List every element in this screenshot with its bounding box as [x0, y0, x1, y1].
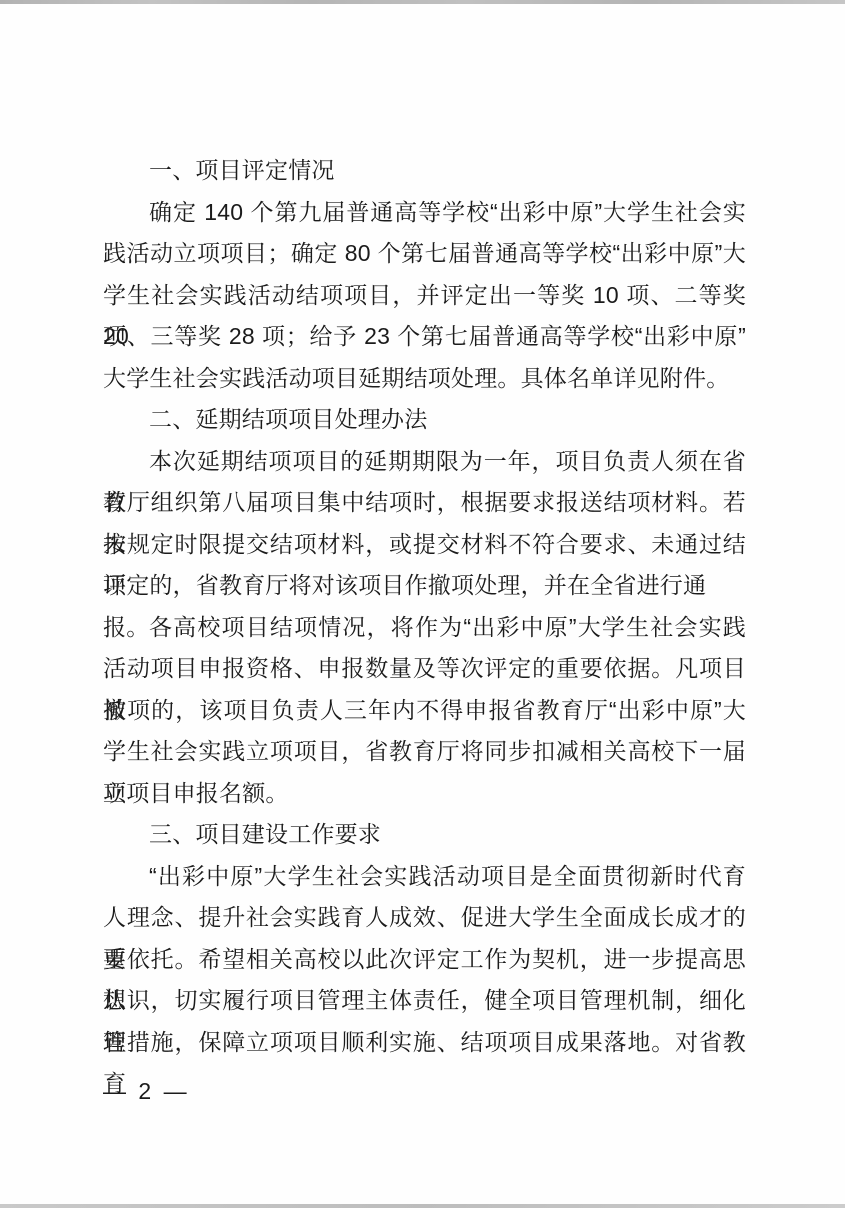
section-heading: 三、项目建设工作要求 [103, 814, 746, 856]
text-line: 理措施，保障立项项目顺利实施、结项项目成果落地。对省教育 [103, 1022, 746, 1064]
page-footer: — 2 — [103, 1076, 190, 1106]
text-line: 各高校项目结项情况，将作为“出彩中原”大学生社会实践 [103, 607, 746, 649]
text-line: 育厅组织第八届项目集中结项时，根据要求报送结项材料。若未 [103, 482, 746, 524]
text-line: 本次延期结项项目的延期期限为一年，项目负责人须在省教 [103, 441, 746, 483]
page-number: — 2 — [103, 1078, 190, 1104]
text-line: 认识，切实履行项目管理主体责任，健全项目管理机制，细化管 [103, 980, 746, 1022]
text-line: 撤项的，该项目负责人三年内不得申报省教育厅“出彩中原”大 [103, 690, 746, 732]
scanned-document-page: 一、项目评定情况确定 140 个第九届普通高等学校“出彩中原”大学生社会实践活动… [0, 0, 845, 1208]
text-line: 学生社会实践立项项目，省教育厅将同步扣减相关高校下一届立 [103, 731, 746, 773]
text-line: 要依托。希望相关高校以此次评定工作为契机，进一步提高思想 [103, 939, 746, 981]
text-line: 大学生社会实践活动项目延期结项处理。具体名单详见附件。 [103, 358, 746, 400]
text-line: 践活动立项项目；确定 80 个第七届普通高等学校“出彩中原”大 [103, 233, 746, 275]
section-heading: 二、延期结项项目处理办法 [103, 399, 746, 441]
text-line: 评定的，省教育厅将对该项目作撤项处理，并在全省进行通报。 [103, 565, 746, 607]
text-line: 人理念、提升社会实践育人成效、促进大学生全面成长成才的重 [103, 897, 746, 939]
document-body: 一、项目评定情况确定 140 个第九届普通高等学校“出彩中原”大学生社会实践活动… [103, 150, 746, 1063]
text-line: 活动项目申报资格、申报数量及等次评定的重要依据。凡项目被 [103, 648, 746, 690]
text-line: “出彩中原”大学生社会实践活动项目是全面贯彻新时代育 [103, 856, 746, 898]
text-line: 项项目申报名额。 [103, 773, 746, 815]
text-line: 按规定时限提交结项材料，或提交材料不符合要求、未通过结项 [103, 524, 746, 566]
scan-edge-bottom [0, 1204, 845, 1208]
text-line: 学生社会实践活动结项项目，并评定出一等奖 10 项、二等奖 20 [103, 275, 746, 317]
scan-edge-top [0, 0, 845, 4]
text-line: 确定 140 个第九届普通高等学校“出彩中原”大学生社会实 [103, 192, 746, 234]
text-line: 项、三等奖 28 项；给予 23 个第七届普通高等学校“出彩中原” [103, 316, 746, 358]
section-heading: 一、项目评定情况 [103, 150, 746, 192]
